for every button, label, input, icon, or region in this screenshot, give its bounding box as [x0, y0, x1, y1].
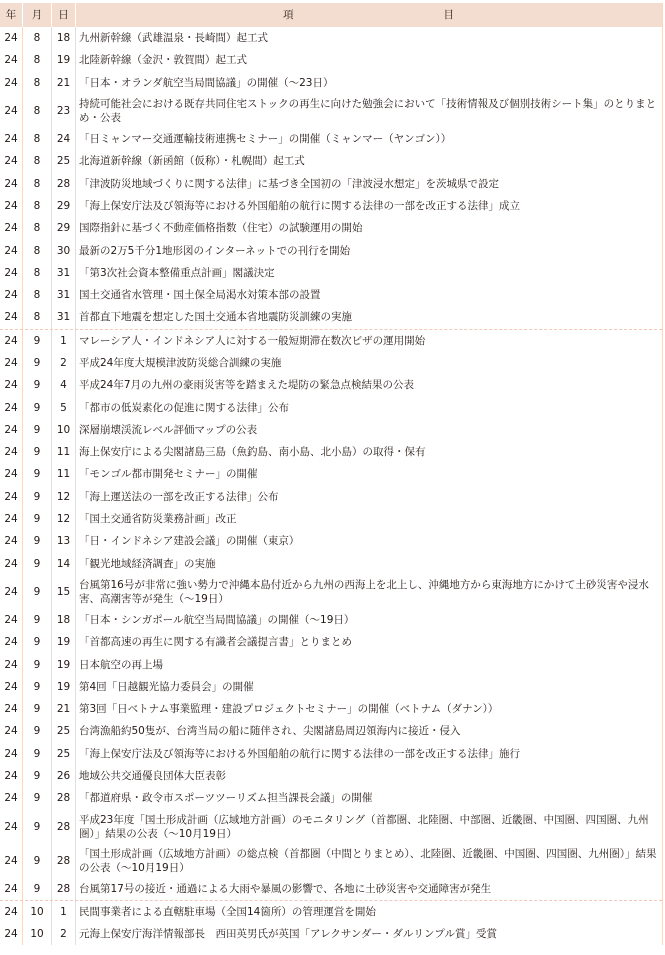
month-cell: 9 [23, 486, 52, 508]
table-row: 2491マレーシア人・インドネシア人に対する一般短期滞在数次ビザの運用開始 [0, 329, 662, 352]
item-cell: 首都直下地震を想定した国土交通本省地震防災訓練の実施 [76, 310, 662, 324]
day-cell: 23 [52, 94, 76, 128]
year-cell: 24 [0, 765, 23, 787]
table-row: 24928「国土形成計画（広域地方計画）の総点検（首都圏（中間とりまとめ）、北陸… [0, 844, 662, 878]
item-cell: 「第3次社会資本整備重点計画」閣議決定 [76, 266, 662, 280]
chronology-table: 年 月 日 項目 24818九州新幹線（武雄温泉・長崎間）起工式24819北陸新… [0, 3, 663, 945]
item-cell: 国土交通省水管理・国土保全局渇水対策本部の設置 [76, 288, 662, 302]
year-cell: 24 [0, 217, 23, 239]
year-cell: 24 [0, 172, 23, 194]
item-cell: 平成23年度「国土形成計画（広域地方計画）のモニタリング（首都圏、北陸圏、中部圏… [76, 813, 662, 841]
table-row: 24919第4回「日越観光協力委員会」の開催 [0, 676, 662, 698]
year-cell: 24 [0, 609, 23, 631]
month-cell: 9 [23, 553, 52, 575]
table-row: 24823持続可能社会における既存共同住宅ストックの再生に向けた勉強会において「… [0, 94, 662, 128]
month-cell: 9 [23, 878, 52, 900]
item-cell: 台風第16号が非常に強い勢力で沖縄本島付近から九州の西海上を北上し、沖縄地方から… [76, 578, 662, 606]
table-row: 24926地域公共交通優良団体大臣表彰 [0, 765, 662, 787]
year-cell: 24 [0, 676, 23, 698]
day-cell: 21 [52, 72, 76, 94]
day-cell: 28 [52, 878, 76, 900]
item-cell: 「海上保安庁法及び領海等における外国船舶の航行に関する法律の一部を改正する法律」… [76, 199, 662, 213]
item-cell: 「首都高速の再生に関する有識者会議提言書」とりまとめ [76, 635, 662, 649]
item-cell: 九州新幹線（武雄温泉・長崎間）起工式 [76, 31, 662, 45]
year-cell: 24 [0, 150, 23, 172]
year-cell: 24 [0, 262, 23, 284]
item-cell: 台風第17号の接近・通過による大雨や暴風の影響で、各地に土砂災害や交通障害が発生 [76, 882, 662, 896]
day-cell: 19 [52, 676, 76, 698]
day-cell: 29 [52, 217, 76, 239]
day-cell: 31 [52, 262, 76, 284]
table-row: 24911海上保安庁による尖閣諸島三島（魚釣島、南小島、北小島）の取得・保有 [0, 441, 662, 463]
item-cell: 深層崩壊渓流レベル評価マップの公表 [76, 423, 662, 437]
month-cell: 8 [23, 284, 52, 306]
year-cell: 24 [0, 878, 23, 900]
table-row: 24831「第3次社会資本整備重点計画」閣議決定 [0, 262, 662, 284]
year-cell: 24 [0, 698, 23, 720]
item-cell: マレーシア人・インドネシア人に対する一般短期滞在数次ビザの運用開始 [76, 334, 662, 348]
item-cell: 「国土交通省防災業務計画」改正 [76, 512, 662, 526]
day-cell: 15 [52, 575, 76, 609]
item-cell: 「日ミャンマー交通運輸技術連携セミナー」の開催（ミャンマー（ヤンゴン）） [76, 132, 662, 146]
year-cell: 24 [0, 844, 23, 878]
day-cell: 28 [52, 844, 76, 878]
table-row: 24914「観光地域経済調査」の実施 [0, 553, 662, 575]
item-cell: 北海道新幹線（新函館（仮称）・札幌間）起工式 [76, 154, 662, 168]
item-cell: 「海上保安庁法及び領海等における外国船舶の航行に関する法律の一部を改正する法律」… [76, 747, 662, 761]
day-cell: 30 [52, 239, 76, 261]
header-item-char-1: 項 [283, 8, 294, 22]
day-cell: 28 [52, 172, 76, 194]
table-row: 24925台湾漁船約50隻が、台湾当局の船に随伴され、尖閣諸島周辺領海内に接近・… [0, 720, 662, 742]
header-item-char-2: 目 [444, 8, 455, 22]
item-cell: 平成24年度大規模津波防災総合訓練の実施 [76, 356, 662, 370]
table-row: 24918「日本・シンガポール航空当局間協議」の開催（～19日） [0, 609, 662, 631]
month-cell: 9 [23, 787, 52, 809]
month-cell: 9 [23, 810, 52, 844]
item-cell: 「観光地域経済調査」の実施 [76, 557, 662, 571]
table-row: 24102元海上保安庁海洋情報部長 西田英男氏が英国「アレクサンダー・ダルリンプ… [0, 923, 662, 945]
item-cell: 最新の2万5千分1地形図のインターネットでの刊行を開始 [76, 244, 662, 258]
item-cell: 国際指針に基づく不動産価格指数（住宅）の試験運用の開始 [76, 221, 662, 235]
year-cell: 24 [0, 463, 23, 485]
year-cell: 24 [0, 306, 23, 328]
day-cell: 12 [52, 508, 76, 530]
table-row: 24824「日ミャンマー交通運輸技術連携セミナー」の開催（ミャンマー（ヤンゴン）… [0, 128, 662, 150]
day-cell: 4 [52, 374, 76, 396]
header-item: 項目 [76, 8, 662, 22]
year-cell: 24 [0, 901, 23, 923]
day-cell: 2 [52, 352, 76, 374]
table-row: 24912「海上運送法の一部を改正する法律」公布 [0, 486, 662, 508]
day-cell: 1 [52, 901, 76, 923]
item-cell: 「国土形成計画（広域地方計画）の総点検（首都圏（中間とりまとめ）、北陸圏、近畿圏… [76, 847, 662, 875]
item-cell: 台湾漁船約50隻が、台湾当局の船に随伴され、尖閣諸島周辺領海内に接近・侵入 [76, 724, 662, 738]
day-cell: 25 [52, 743, 76, 765]
day-cell: 24 [52, 128, 76, 150]
month-cell: 8 [23, 128, 52, 150]
month-cell: 8 [23, 195, 52, 217]
year-cell: 24 [0, 330, 23, 352]
table-row: 24831国土交通省水管理・国土保全局渇水対策本部の設置 [0, 284, 662, 306]
table-row: 2495「都市の低炭素化の促進に関する法律」公布 [0, 396, 662, 418]
year-cell: 24 [0, 508, 23, 530]
year-cell: 24 [0, 27, 23, 49]
item-cell: 民間事業者による直轄駐車場（全国14箇所）の管理運営を開始 [76, 905, 662, 919]
month-cell: 8 [23, 72, 52, 94]
table-row: 24828「津波防災地域づくりに関する法律」に基づき全国初の「津波浸水想定」を茨… [0, 172, 662, 194]
year-cell: 24 [0, 486, 23, 508]
month-cell: 10 [23, 901, 52, 923]
item-cell: 「日・インドネシア建設会議」の開催（東京） [76, 534, 662, 548]
table-row: 24821「日本・オランダ航空当局間協議」の開催（～23日） [0, 72, 662, 94]
day-cell: 26 [52, 765, 76, 787]
item-cell: 「海上運送法の一部を改正する法律」公布 [76, 490, 662, 504]
month-cell: 9 [23, 609, 52, 631]
table-row: 24819北陸新幹線（金沢・敦賀間）起工式 [0, 49, 662, 71]
table-row: 24101民間事業者による直轄駐車場（全国14箇所）の管理運営を開始 [0, 900, 662, 923]
table-row: 24919「首都高速の再生に関する有識者会議提言書」とりまとめ [0, 631, 662, 653]
month-cell: 8 [23, 172, 52, 194]
year-cell: 24 [0, 94, 23, 128]
day-cell: 19 [52, 631, 76, 653]
year-cell: 24 [0, 352, 23, 374]
year-cell: 24 [0, 743, 23, 765]
month-cell: 8 [23, 306, 52, 328]
table-row: 24831首都直下地震を想定した国土交通本省地震防災訓練の実施 [0, 306, 662, 328]
day-cell: 25 [52, 150, 76, 172]
table-row: 24919日本航空の再上場 [0, 653, 662, 675]
month-cell: 9 [23, 330, 52, 352]
month-cell: 9 [23, 352, 52, 374]
day-cell: 31 [52, 306, 76, 328]
year-cell: 24 [0, 396, 23, 418]
day-cell: 10 [52, 419, 76, 441]
year-cell: 24 [0, 419, 23, 441]
year-cell: 24 [0, 653, 23, 675]
table-row: 2494平成24年7月の九州の豪雨災害等を踏まえた堤防の緊急点検結果の公表 [0, 374, 662, 396]
year-cell: 24 [0, 720, 23, 742]
year-cell: 24 [0, 787, 23, 809]
day-cell: 11 [52, 463, 76, 485]
month-cell: 8 [23, 239, 52, 261]
month-cell: 9 [23, 676, 52, 698]
year-cell: 24 [0, 195, 23, 217]
month-cell: 9 [23, 374, 52, 396]
year-cell: 24 [0, 441, 23, 463]
item-cell: 第4回「日越観光協力委員会」の開催 [76, 680, 662, 694]
item-cell: 第3回「日ベトナム事業監理・建設プロジェクトセミナー」の開催（ベトナム（ダナン）… [76, 702, 662, 716]
month-cell: 9 [23, 508, 52, 530]
header-month: 月 [23, 3, 52, 27]
table-row: 24925「海上保安庁法及び領海等における外国船舶の航行に関する法律の一部を改正… [0, 743, 662, 765]
month-cell: 9 [23, 575, 52, 609]
day-cell: 18 [52, 609, 76, 631]
month-cell: 8 [23, 94, 52, 128]
item-cell: 海上保安庁による尖閣諸島三島（魚釣島、南小島、北小島）の取得・保有 [76, 445, 662, 459]
day-cell: 1 [52, 330, 76, 352]
year-cell: 24 [0, 553, 23, 575]
header-year: 年 [0, 3, 23, 27]
item-cell: 地域公共交通優良団体大臣表彰 [76, 769, 662, 783]
month-cell: 9 [23, 396, 52, 418]
table-row: 24913「日・インドネシア建設会議」の開催（東京） [0, 530, 662, 552]
day-cell: 12 [52, 486, 76, 508]
item-cell: 日本航空の再上場 [76, 658, 662, 672]
year-cell: 24 [0, 49, 23, 71]
table-row: 24829国際指針に基づく不動産価格指数（住宅）の試験運用の開始 [0, 217, 662, 239]
table-row: 24921第3回「日ベトナム事業監理・建設プロジェクトセミナー」の開催（ベトナム… [0, 698, 662, 720]
year-cell: 24 [0, 530, 23, 552]
day-cell: 19 [52, 49, 76, 71]
month-cell: 9 [23, 765, 52, 787]
table-row: 24928「都道府県・政令市スポーツツーリズム担当課長会議」の開催 [0, 787, 662, 809]
month-cell: 8 [23, 262, 52, 284]
item-cell: 北陸新幹線（金沢・敦賀間）起工式 [76, 53, 662, 67]
month-cell: 9 [23, 631, 52, 653]
year-cell: 24 [0, 239, 23, 261]
item-cell: 元海上保安庁海洋情報部長 西田英男氏が英国「アレクサンダー・ダルリンプル賞」受賞 [76, 927, 662, 941]
table-row: 24825北海道新幹線（新函館（仮称）・札幌間）起工式 [0, 150, 662, 172]
table-row: 24830最新の2万5千分1地形図のインターネットでの刊行を開始 [0, 239, 662, 261]
table-row: 24818九州新幹線（武雄温泉・長崎間）起工式 [0, 27, 662, 49]
month-cell: 9 [23, 743, 52, 765]
day-cell: 21 [52, 698, 76, 720]
year-cell: 24 [0, 810, 23, 844]
table-row: 24928台風第17号の接近・通過による大雨や暴風の影響で、各地に土砂災害や交通… [0, 878, 662, 900]
day-cell: 2 [52, 923, 76, 945]
header-day: 日 [52, 3, 76, 27]
day-cell: 13 [52, 530, 76, 552]
day-cell: 25 [52, 720, 76, 742]
year-cell: 24 [0, 575, 23, 609]
month-cell: 10 [23, 923, 52, 945]
year-cell: 24 [0, 72, 23, 94]
item-cell: 「都道府県・政令市スポーツツーリズム担当課長会議」の開催 [76, 791, 662, 805]
item-cell: 「モンゴル都市開発セミナー」の開催 [76, 467, 662, 481]
table-row: 24829「海上保安庁法及び領海等における外国船舶の航行に関する法律の一部を改正… [0, 195, 662, 217]
day-cell: 28 [52, 810, 76, 844]
month-cell: 9 [23, 720, 52, 742]
table-header: 年 月 日 項目 [0, 3, 662, 27]
month-cell: 9 [23, 463, 52, 485]
month-cell: 8 [23, 150, 52, 172]
year-cell: 24 [0, 128, 23, 150]
item-cell: 「津波防災地域づくりに関する法律」に基づき全国初の「津波浸水想定」を茨城県で設定 [76, 177, 662, 191]
month-cell: 9 [23, 844, 52, 878]
day-cell: 31 [52, 284, 76, 306]
item-cell: 「日本・シンガポール航空当局間協議」の開催（～19日） [76, 613, 662, 627]
day-cell: 28 [52, 787, 76, 809]
year-cell: 24 [0, 284, 23, 306]
month-cell: 9 [23, 653, 52, 675]
year-cell: 24 [0, 374, 23, 396]
day-cell: 29 [52, 195, 76, 217]
month-cell: 9 [23, 530, 52, 552]
table-row: 24928平成23年度「国土形成計画（広域地方計画）のモニタリング（首都圏、北陸… [0, 810, 662, 844]
month-cell: 8 [23, 49, 52, 71]
day-cell: 11 [52, 441, 76, 463]
table-row: 24915台風第16号が非常に強い勢力で沖縄本島付近から九州の西海上を北上し、沖… [0, 575, 662, 609]
item-cell: 持続可能社会における既存共同住宅ストックの再生に向けた勉強会において「技術情報及… [76, 97, 662, 125]
month-cell: 8 [23, 217, 52, 239]
table-body: 24818九州新幹線（武雄温泉・長崎間）起工式24819北陸新幹線（金沢・敦賀間… [0, 27, 662, 945]
month-cell: 8 [23, 27, 52, 49]
year-cell: 24 [0, 631, 23, 653]
day-cell: 19 [52, 653, 76, 675]
day-cell: 14 [52, 553, 76, 575]
item-cell: 「日本・オランダ航空当局間協議」の開催（～23日） [76, 76, 662, 90]
table-row: 24910深層崩壊渓流レベル評価マップの公表 [0, 419, 662, 441]
month-cell: 9 [23, 419, 52, 441]
month-cell: 9 [23, 698, 52, 720]
table-row: 2492平成24年度大規模津波防災総合訓練の実施 [0, 352, 662, 374]
table-row: 24912「国土交通省防災業務計画」改正 [0, 508, 662, 530]
month-cell: 9 [23, 441, 52, 463]
year-cell: 24 [0, 923, 23, 945]
item-cell: 平成24年7月の九州の豪雨災害等を踏まえた堤防の緊急点検結果の公表 [76, 378, 662, 392]
day-cell: 5 [52, 396, 76, 418]
table-row: 24911「モンゴル都市開発セミナー」の開催 [0, 463, 662, 485]
item-cell: 「都市の低炭素化の促進に関する法律」公布 [76, 401, 662, 415]
day-cell: 18 [52, 27, 76, 49]
